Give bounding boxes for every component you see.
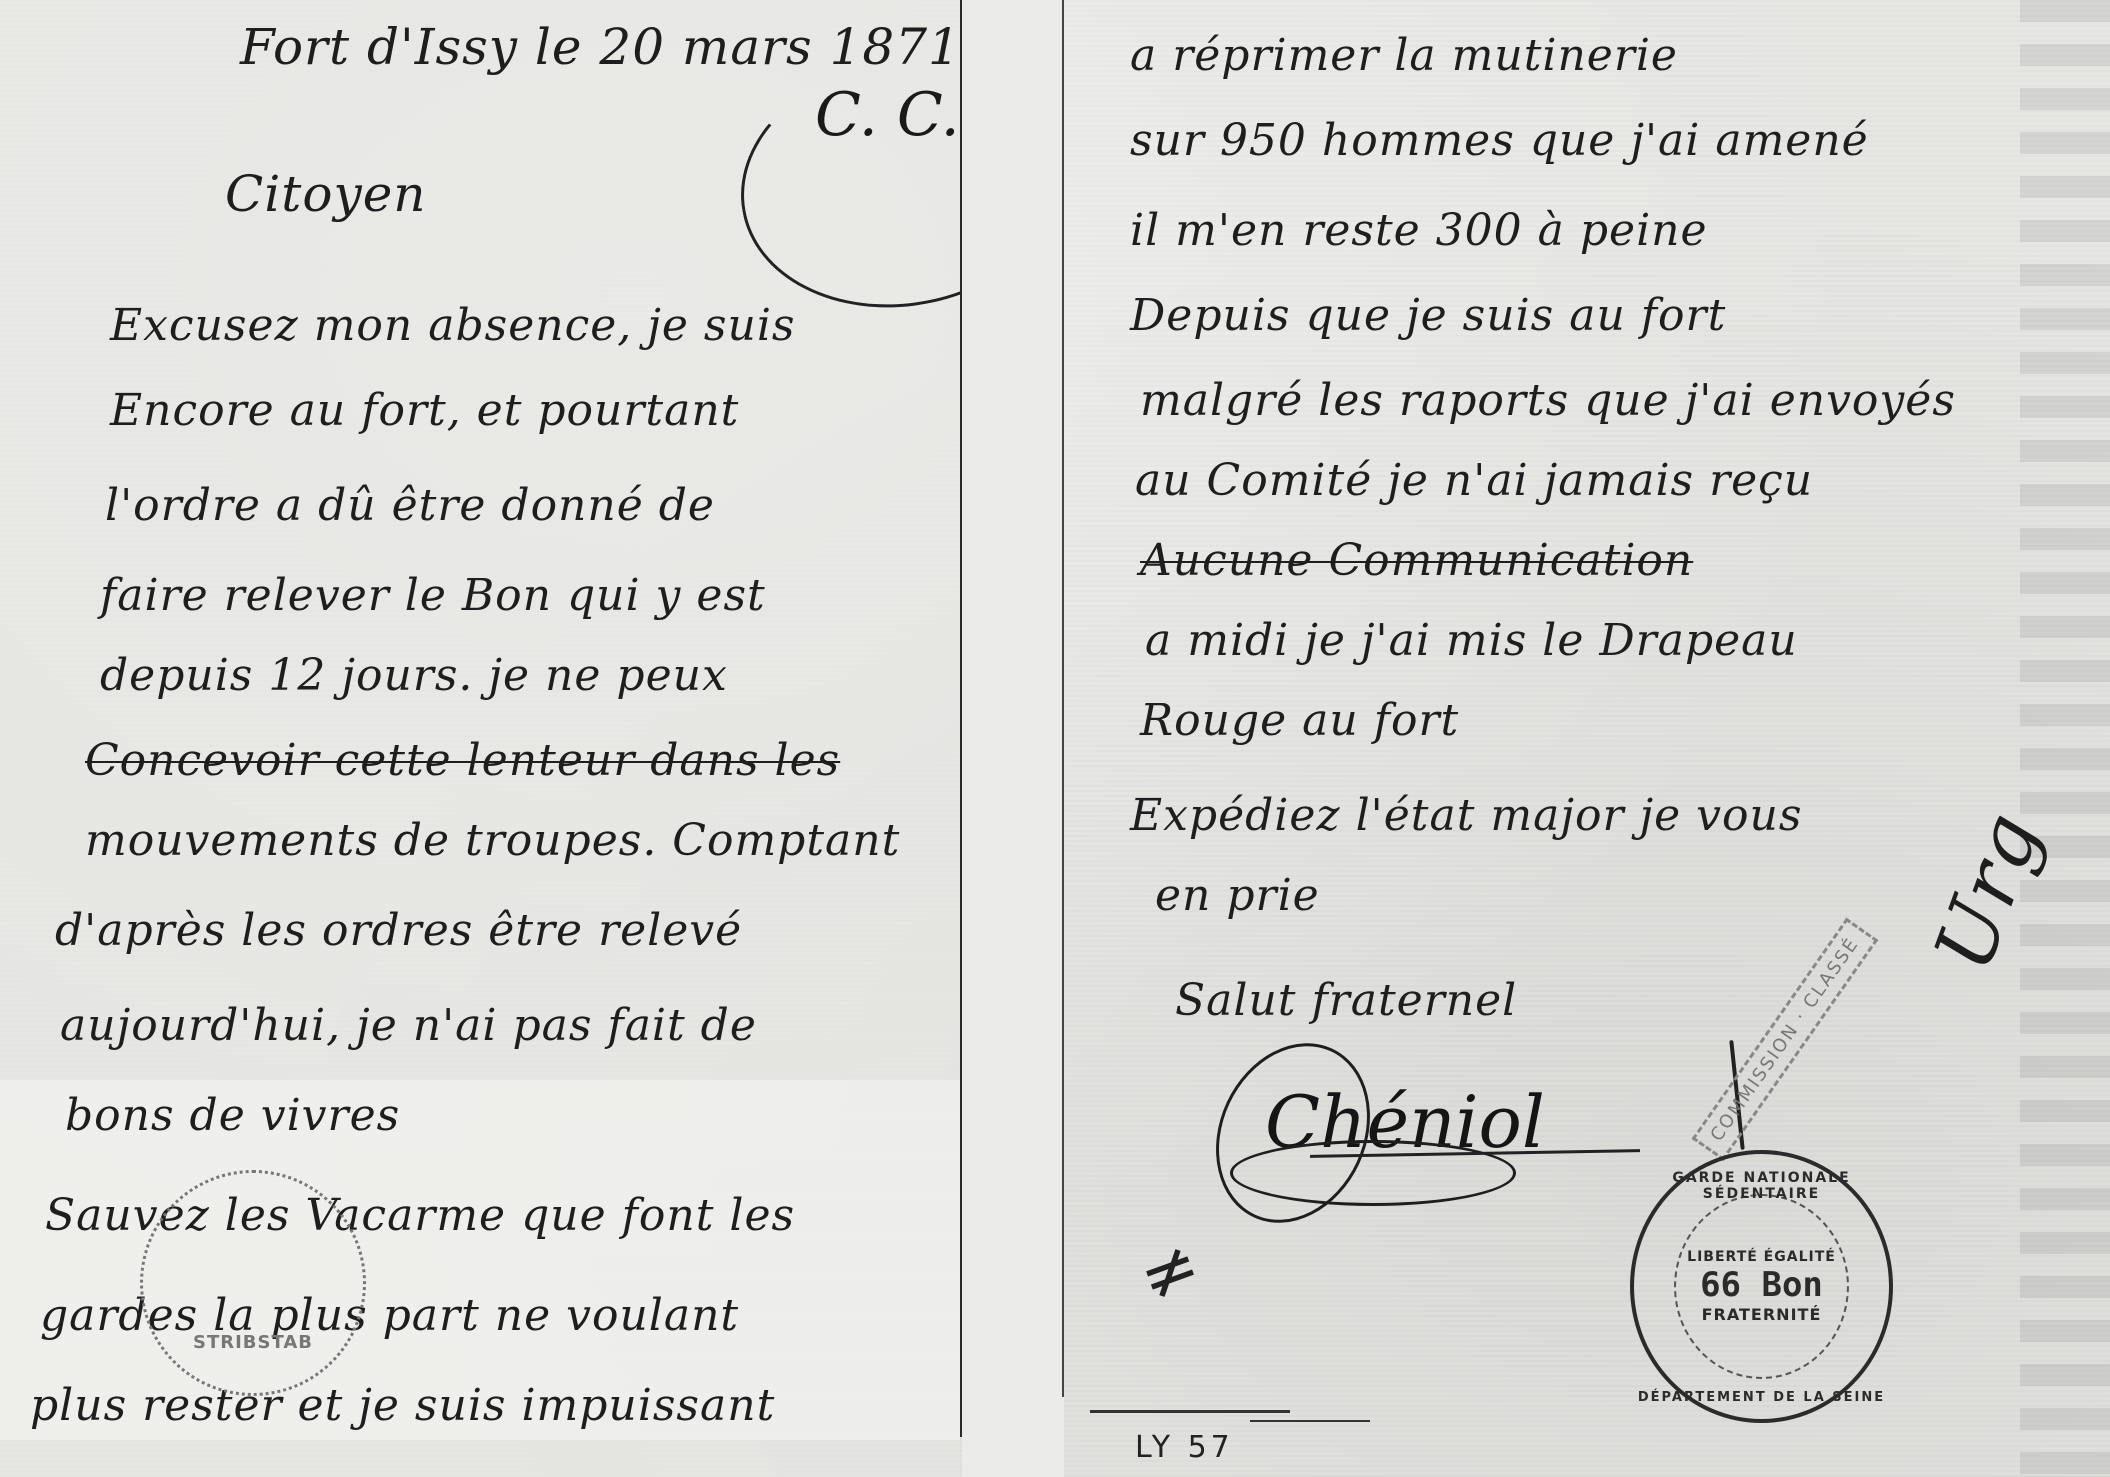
letter-line: depuis 12 jours. je ne peux [100, 650, 728, 701]
letter-line: Aucune Communication [1140, 535, 1693, 586]
letter-line: Expédiez l'état major je vous [1130, 790, 1802, 841]
right-page: a réprimer la mutinerie sur 950 hommes q… [1090, 0, 2110, 1477]
letter-line: l'ordre a dû être donné de [105, 480, 715, 531]
closing: Salut fraternel [1175, 975, 1517, 1026]
garde-nationale-stamp: GARDE NATIONALE SÉDENTAIRE LIBERTÉ ÉGALI… [1630, 1150, 1893, 1423]
stamp-outer-bottom-text: DÉPARTEMENT DE LA SEINE [1634, 1390, 1889, 1405]
commission-box-stamp: COMMISSION · CLASSÉ [1692, 918, 1879, 1161]
faint-circular-stamp: STRIBSTAB [140, 1170, 366, 1396]
letter-line: a réprimer la mutinerie [1130, 30, 1678, 81]
right-page-margin-line [1062, 0, 1064, 1397]
corner-mark: C. C. [815, 80, 960, 150]
footer-rule [1090, 1410, 1290, 1413]
letter-line: bons de vivres [65, 1090, 400, 1141]
letter-line: il m'en reste 300 à peine [1130, 205, 1708, 256]
signature-underline-oval [1230, 1140, 1516, 1206]
letter-line: mouvements de troupes. Comptant [85, 815, 900, 866]
letter-line: aujourd'hui, je n'ai pas fait de [60, 1000, 757, 1051]
letter-line: Encore au fort, et pourtant [110, 385, 739, 436]
letter-line: a midi je j'ai mis le Drapeau [1145, 615, 1798, 666]
letter-line: faire relever le Bon qui y est [100, 570, 766, 621]
catalog-number: LY 57 [1135, 1430, 1234, 1465]
faded-print-margin [2020, 0, 2110, 1477]
footer-rule-2 [1250, 1420, 1370, 1422]
salutation: Citoyen [225, 165, 426, 223]
left-page: Fort d'Issy le 20 mars 1871. C. C. Citoy… [0, 0, 960, 1477]
stamp-inner-ring [1674, 1194, 1849, 1379]
page-gutter [962, 0, 1064, 1477]
scribble-mark: ≠ [1128, 1222, 1211, 1319]
letter-line: malgré les raports que j'ai envoyés [1140, 375, 1956, 426]
stamp-outer-top-text: GARDE NATIONALE SÉDENTAIRE [1634, 1170, 1889, 1202]
letter-line: d'après les ordres être relevé [55, 905, 742, 956]
letter-line: au Comité je n'ai jamais reçu [1135, 455, 1813, 506]
letter-line: en prie [1155, 870, 1320, 921]
letter-line: plus rester et je suis impuissant [30, 1380, 775, 1431]
letter-line: Depuis que je suis au fort [1130, 290, 1726, 341]
left-page-edge [960, 0, 962, 1437]
letter-line: sur 950 hommes que j'ai amené [1130, 115, 1869, 166]
letter-line: Rouge au fort [1140, 695, 1459, 746]
letter-line: Concevoir cette lenteur dans les [85, 735, 840, 786]
letter-line: Excusez mon absence, je suis [110, 300, 796, 351]
